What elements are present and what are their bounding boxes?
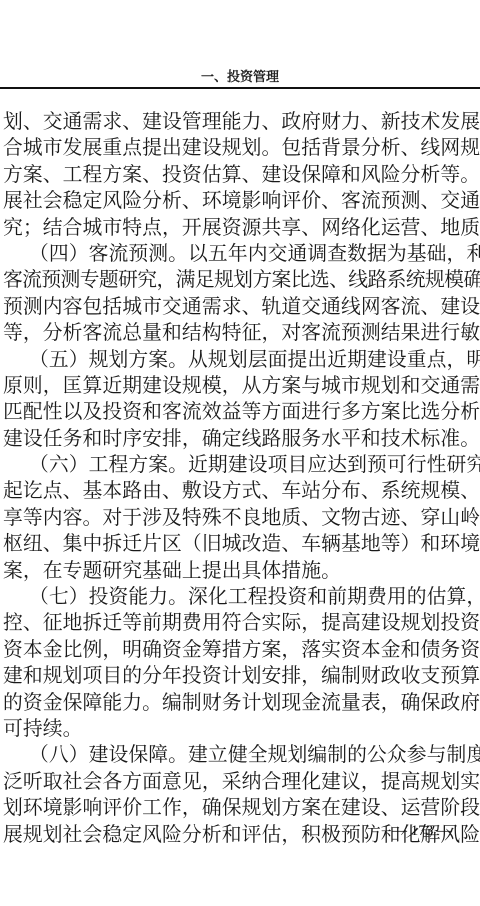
text-line: 建和规划项目的分年投资计划安排，编制财政收支预算平衡表，全面考量政府 — [3, 663, 477, 689]
text-line: （七）投资能力。深化工程投资和前期费用的估算，确保工程投资合理可 — [3, 584, 477, 610]
paragraph: 划、交通需求、建设管理能力、政府财力、新技术发展和国家政策导向等，结 合城市发展… — [3, 109, 477, 241]
text-line: 究；结合城市特点，开展资源共享、网络化运营、地质灾害等专题研究。 — [3, 215, 477, 241]
text-line: 合城市发展重点提出建设规划。包括背景分析、线网规划、建设必要性、规划 — [3, 135, 477, 161]
text-line: 案，在专题研究基础上提出具体措施。 — [3, 558, 477, 584]
paragraph-planning-scheme: （五）规划方案。从规划层面提出近期建设重点，明确近期建设方案构建 原则，匡算近期… — [3, 347, 477, 453]
page-number: — 173 — — [392, 823, 452, 840]
text-line: 匹配性以及投资和客流效益等方面进行多方案比选分析，提出推荐方案，明确 — [3, 399, 477, 425]
paragraph-passenger-flow-forecast: （四）客流预测。以五年内交通调查数据为基础，利用交通预测模型开展 客流预测专题研… — [3, 241, 477, 347]
text-line: 划环境影响评价工作，确保规划方案在建设、运营阶段满足相关规范要求。开 — [3, 795, 477, 821]
text-line: 起讫点、基本路由、敷设方式、车站分布、系统规模、设备初步选型和资源共 — [3, 478, 477, 504]
text-line: 原则，匡算近期建设规模，从方案与城市规划和交通需求的适应性、与财力的 — [3, 373, 477, 399]
text-line: 划、交通需求、建设管理能力、政府财力、新技术发展和国家政策导向等，结 — [3, 109, 477, 135]
text-line: 展社会稳定风险分析、环境影响评价、客流预测、交通一体化等方面的专题研 — [3, 188, 477, 214]
text-line: 枢纽、集中拆迁片区（旧城改造、车辆基地等）和环境敏感点的控制性工程方 — [3, 531, 477, 557]
running-header: 一、投资管理 — [0, 66, 480, 85]
text-line: 等，分析客流总量和结构特征，对客流预测结果进行敏感性分析和风险分析。 — [3, 320, 477, 346]
header-rule — [0, 87, 480, 89]
body-text: 划、交通需求、建设管理能力、政府财力、新技术发展和国家政策导向等，结 合城市发展… — [3, 109, 477, 848]
text-line: 泛听取社会各方面意见，采纳合理化建议，提高规划实施的民意基础。做好规 — [3, 769, 477, 795]
text-line: 可持续。 — [3, 716, 477, 742]
text-line: 预测内容包括城市交通需求、轨道交通线网客流、建设线路初、近、远期客流 — [3, 294, 477, 320]
text-line: （五）规划方案。从规划层面提出近期建设重点，明确近期建设方案构建 — [3, 347, 477, 373]
text-line: 建设任务和时序安排，确定线路服务水平和技术标准。 — [3, 426, 477, 452]
text-line: 资本金比例，明确资金筹措方案，落实资本金和债务资金来源。统筹运营、在 — [3, 637, 477, 663]
text-line: （八）建设保障。建立健全规划编制的公众参与制度，开展公示工作，广 — [3, 742, 477, 768]
text-line: （四）客流预测。以五年内交通调查数据为基础，利用交通预测模型开展 — [3, 241, 477, 267]
text-line: 享等内容。对于涉及特殊不良地质、文物古迹、穿山岭跨江海长大隧道、重要 — [3, 505, 477, 531]
text-line: 的资金保障能力。编制财务计划现金流量表，确保政府财力可支撑和企业财务 — [3, 690, 477, 716]
text-line: 客流预测专题研究，满足规划方案比选、线路系统规模确定和经济分析等要求。 — [3, 267, 477, 293]
paragraph-investment-capacity: （七）投资能力。深化工程投资和前期费用的估算，确保工程投资合理可 控、征地拆迁等… — [3, 584, 477, 742]
text-line: 方案、工程方案、投资估算、建设保障和风险分析等。完成用地控制规划，开 — [3, 162, 477, 188]
text-line: 控、征地拆迁等前期费用符合实际，提高建设规划投资估算准确性。合理确定 — [3, 610, 477, 636]
paragraph-engineering-scheme: （六）工程方案。近期建设项目应达到预可行性研究深度，重点落实线路 起讫点、基本路… — [3, 452, 477, 584]
text-line: （六）工程方案。近期建设项目应达到预可行性研究深度，重点落实线路 — [3, 452, 477, 478]
